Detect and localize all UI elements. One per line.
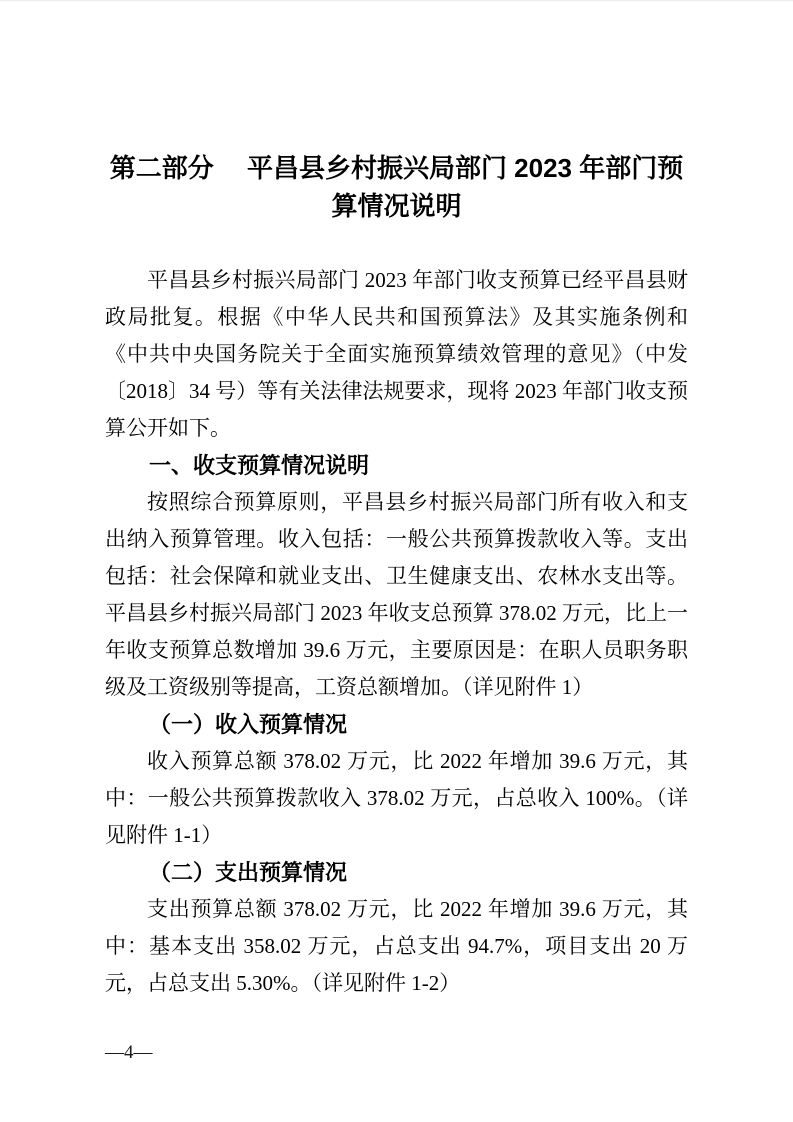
subsection-heading-expenditure: （二）支出预算情况 — [105, 854, 688, 891]
section-heading-budget-overview: 一、收支预算情况说明 — [105, 447, 688, 484]
budget-overview-paragraph: 按照综合预算原则，平昌县乡村振兴局部门所有收入和支出纳入预算管理。收入包括：一般… — [105, 484, 688, 706]
subsection-heading-income: （一）收入预算情况 — [105, 706, 688, 743]
document-title-line-1: 第二部分 平昌县乡村振兴局部门 2023 年部门预 — [105, 149, 688, 187]
page-number: —4— — [105, 1041, 153, 1065]
document-title-line-2: 算情况说明 — [105, 187, 688, 225]
document-page: 第二部分 平昌县乡村振兴局部门 2023 年部门预 算情况说明 平昌县乡村振兴局… — [0, 0, 793, 1122]
document-body: 平昌县乡村振兴局部门 2023 年部门收支预算已经平昌县财政局批复。根据《中华人… — [105, 262, 688, 1002]
document-content: 第二部分 平昌县乡村振兴局部门 2023 年部门预 算情况说明 平昌县乡村振兴局… — [105, 1, 688, 1002]
expenditure-paragraph: 支出预算总额 378.02 万元，比 2022 年增加 39.6 万元，其中：基… — [105, 891, 688, 1002]
intro-paragraph: 平昌县乡村振兴局部门 2023 年部门收支预算已经平昌县财政局批复。根据《中华人… — [105, 262, 688, 447]
income-paragraph: 收入预算总额 378.02 万元，比 2022 年增加 39.6 万元，其中：一… — [105, 743, 688, 854]
document-title: 第二部分 平昌县乡村振兴局部门 2023 年部门预 算情况说明 — [105, 149, 688, 225]
